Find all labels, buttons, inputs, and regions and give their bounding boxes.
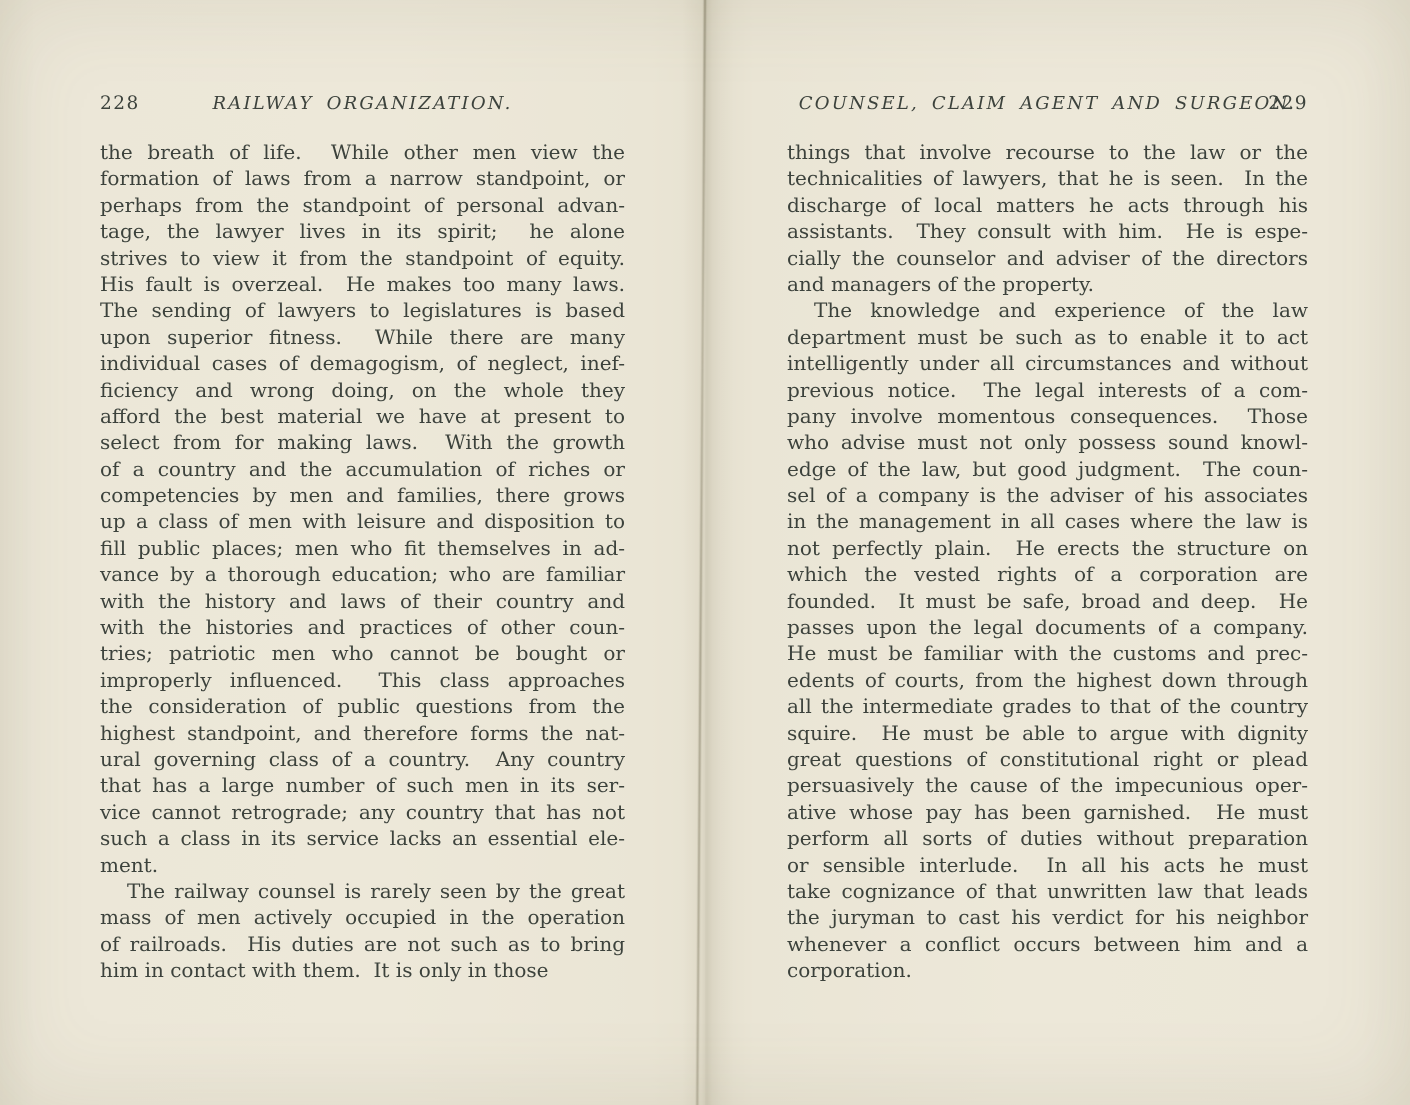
running-head-right: COUNSEL, CLAIM AGENT AND SURGEON. 229: [787, 93, 1308, 115]
text-line: pany involve momentous consequences. Tho…: [787, 403, 1308, 429]
text-line: tries; patriotic men who cannot be bough…: [100, 640, 625, 666]
text-line: with the history and laws of their count…: [100, 588, 625, 614]
text-line: select from for making laws. With the gr…: [100, 429, 625, 455]
text-line: formation of laws from a narrow standpoi…: [100, 165, 625, 191]
text-line: technicalities of lawyers, that he is se…: [787, 165, 1308, 191]
text-line: edge of the law, but good judgment. The …: [787, 456, 1308, 482]
text-line: ment.: [100, 852, 625, 878]
text-line: the consideration of public questions fr…: [100, 693, 625, 719]
text-line: sel of a company is the adviser of his a…: [787, 482, 1308, 508]
text-line: the breath of life. While other men view…: [100, 139, 625, 165]
text-line: vance by a thorough education; who are f…: [100, 561, 625, 587]
text-line: intelligently under all circumstances an…: [787, 350, 1308, 376]
text-line: all the intermediate grades to that of t…: [787, 693, 1308, 719]
text-line: who advise must not only possess sound k…: [787, 429, 1308, 455]
book-spread: 228 RAILWAY ORGANIZATION. the breath of …: [0, 0, 1410, 1105]
text-line: great questions of constitutional right …: [787, 746, 1308, 772]
text-line: fill public places; men who fit themselv…: [100, 535, 625, 561]
text-line: highest standpoint, and therefore forms …: [100, 720, 625, 746]
text-line: and managers of the property.: [787, 271, 1308, 297]
text-line: ural governing class of a country. Any c…: [100, 746, 625, 772]
text-line: up a class of men with leisure and dispo…: [100, 508, 625, 534]
text-line: corporation.: [787, 957, 1308, 983]
text-line: competencies by men and families, there …: [100, 482, 625, 508]
running-head-title-right: COUNSEL, CLAIM AGENT AND SURGEON.: [799, 93, 1296, 114]
text-line: things that involve recourse to the law …: [787, 139, 1308, 165]
text-line: He must be familiar with the customs and…: [787, 640, 1308, 666]
text-line: that has a large number of such men in i…: [100, 772, 625, 798]
text-line: previous notice. The legal interests of …: [787, 377, 1308, 403]
text-line: of railroads. His duties are not such as…: [100, 931, 625, 957]
page-text-left: the breath of life. While other men view…: [100, 139, 625, 984]
text-line: whenever a conflict occurs between him a…: [787, 931, 1308, 957]
text-line: such a class in its service lacks an ess…: [100, 825, 625, 851]
text-line: founded. It must be safe, broad and deep…: [787, 588, 1308, 614]
text-line: cially the counselor and adviser of the …: [787, 245, 1308, 271]
text-line: mass of men actively occupied in the ope…: [100, 904, 625, 930]
text-line: the juryman to cast his verdict for his …: [787, 904, 1308, 930]
text-line: tage, the lawyer lives in its spirit; he…: [100, 218, 625, 244]
text-line: squire. He must be able to argue with di…: [787, 720, 1308, 746]
text-line: take cognizance of that unwritten law th…: [787, 878, 1308, 904]
text-line: him in contact with them. It is only in …: [100, 957, 625, 983]
text-line: The railway counsel is rarely seen by th…: [100, 878, 625, 904]
text-line: The knowledge and experience of the law: [787, 297, 1308, 323]
text-line: of a country and the accumulation of ric…: [100, 456, 625, 482]
page-text-right: things that involve recourse to the law …: [787, 139, 1308, 984]
text-line: individual cases of demagogism, of negle…: [100, 350, 625, 376]
text-line: improperly influenced. This class approa…: [100, 667, 625, 693]
text-line: assistants. They consult with him. He is…: [787, 218, 1308, 244]
text-line: afford the best material we have at pres…: [100, 403, 625, 429]
text-line: which the vested rights of a corporation…: [787, 561, 1308, 587]
text-line: discharge of local matters he acts throu…: [787, 192, 1308, 218]
text-line: or sensible interlude. In all his acts h…: [787, 852, 1308, 878]
text-line: ficiency and wrong doing, on the whole t…: [100, 377, 625, 403]
text-line: not perfectly plain. He erects the struc…: [787, 535, 1308, 561]
text-line: strives to view it from the standpoint o…: [100, 245, 625, 271]
text-line: department must be such as to enable it …: [787, 324, 1308, 350]
text-line: upon superior fitness. While there are m…: [100, 324, 625, 350]
text-line: The sending of lawyers to legislatures i…: [100, 297, 625, 323]
text-line: persuasively the cause of the impecuniou…: [787, 772, 1308, 798]
page-number-right: 229: [1268, 93, 1308, 114]
text-line: perhaps from the standpoint of personal …: [100, 192, 625, 218]
text-line: His fault is overzeal. He makes too many…: [100, 271, 625, 297]
text-line: in the management in all cases where the…: [787, 508, 1308, 534]
page-left: 228 RAILWAY ORGANIZATION. the breath of …: [0, 0, 705, 1105]
text-line: passes upon the legal documents of a com…: [787, 614, 1308, 640]
text-line: perform all sorts of duties without prep…: [787, 825, 1308, 851]
running-head-title-left: RAILWAY ORGANIZATION.: [213, 93, 513, 114]
page-right: COUNSEL, CLAIM AGENT AND SURGEON. 229 th…: [705, 0, 1410, 1105]
text-line: edents of courts, from the highest down …: [787, 667, 1308, 693]
text-line: vice cannot retrograde; any country that…: [100, 799, 625, 825]
text-line: with the histories and practices of othe…: [100, 614, 625, 640]
running-head-left: 228 RAILWAY ORGANIZATION.: [100, 93, 625, 115]
text-line: ative whose pay has been garnished. He m…: [787, 799, 1308, 825]
page-number-left: 228: [100, 93, 140, 114]
